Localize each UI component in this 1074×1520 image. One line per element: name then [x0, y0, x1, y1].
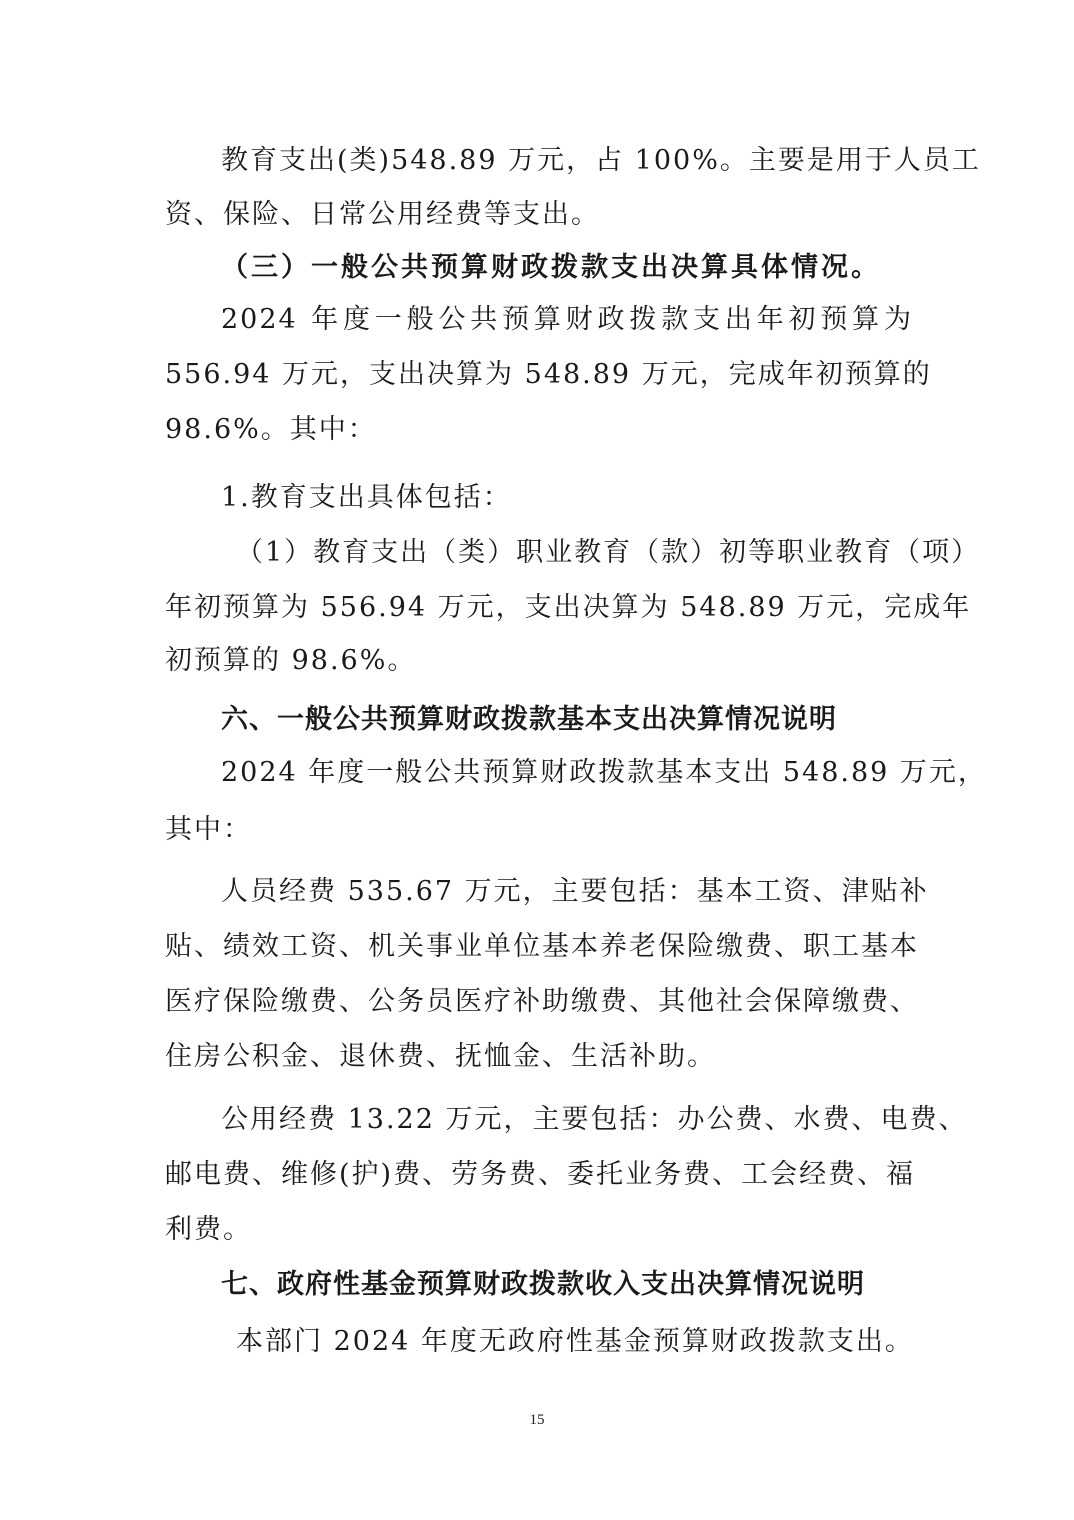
paragraph-education-expense-line-1: 教育支出(类)548.89 万元，占 100%。主要是用于人员工 — [221, 141, 913, 181]
section-heading-seven-government-fund: 七、政府性基金预算财政拨款收入支出决算情况说明 — [221, 1265, 913, 1305]
paragraph-basic-expense-line-1: 2024 年度一般公共预算财政拨款基本支出 548.89 万元， — [221, 753, 913, 793]
list-item-vocational-education-line-2: 年初预算为 556.94 万元，支出决算为 548.89 万元，完成年 — [165, 588, 913, 628]
paragraph-budget-summary-line-1: 2024 年度一般公共预算财政拨款支出年初预算为 — [221, 300, 913, 340]
page-number: 15 — [0, 1412, 1074, 1429]
paragraph-public-expense-line-1: 公用经费 13.22 万元，主要包括：办公费、水费、电费、 — [221, 1100, 913, 1140]
paragraph-basic-expense-line-2: 其中： — [165, 810, 913, 850]
paragraph-personnel-expense-line-3: 医疗保险缴费、公务员医疗补助缴费、其他社会保障缴费、 — [165, 982, 913, 1022]
paragraph-public-expense-line-2: 邮电费、维修(护)费、劳务费、委托业务费、工会经费、福 — [165, 1155, 913, 1195]
paragraph-budget-summary-line-2: 556.94 万元，支出决算为 548.89 万元，完成年初预算的 — [165, 355, 913, 395]
paragraph-budget-summary-line-3: 98.6%。其中： — [165, 410, 913, 450]
paragraph-education-expense-line-2: 资、保险、日常公用经费等支出。 — [165, 195, 913, 235]
section-heading-six-basic-expense: 六、一般公共预算财政拨款基本支出决算情况说明 — [221, 700, 913, 740]
paragraph-government-fund-none: 本部门 2024 年度无政府性基金预算财政拨款支出。 — [236, 1322, 913, 1362]
document-page: 教育支出(类)548.89 万元，占 100%。主要是用于人员工 资、保险、日常… — [0, 0, 1074, 1520]
subheading-general-budget-expense-details: （三）一般公共预算财政拨款支出决算具体情况。 — [221, 248, 913, 288]
list-item-vocational-education-line-1: （1）教育支出（类）职业教育（款）初等职业教育（项） — [236, 533, 913, 573]
list-item-vocational-education-line-3: 初预算的 98.6%。 — [165, 641, 913, 681]
paragraph-public-expense-line-3: 利费。 — [165, 1210, 913, 1250]
paragraph-personnel-expense-line-4: 住房公积金、退休费、抚恤金、生活补助。 — [165, 1037, 913, 1077]
paragraph-personnel-expense-line-1: 人员经费 535.67 万元，主要包括：基本工资、津贴补 — [221, 872, 913, 912]
list-heading-education-expense: 1.教育支出具体包括： — [221, 478, 913, 518]
paragraph-personnel-expense-line-2: 贴、绩效工资、机关事业单位基本养老保险缴费、职工基本 — [165, 927, 913, 967]
